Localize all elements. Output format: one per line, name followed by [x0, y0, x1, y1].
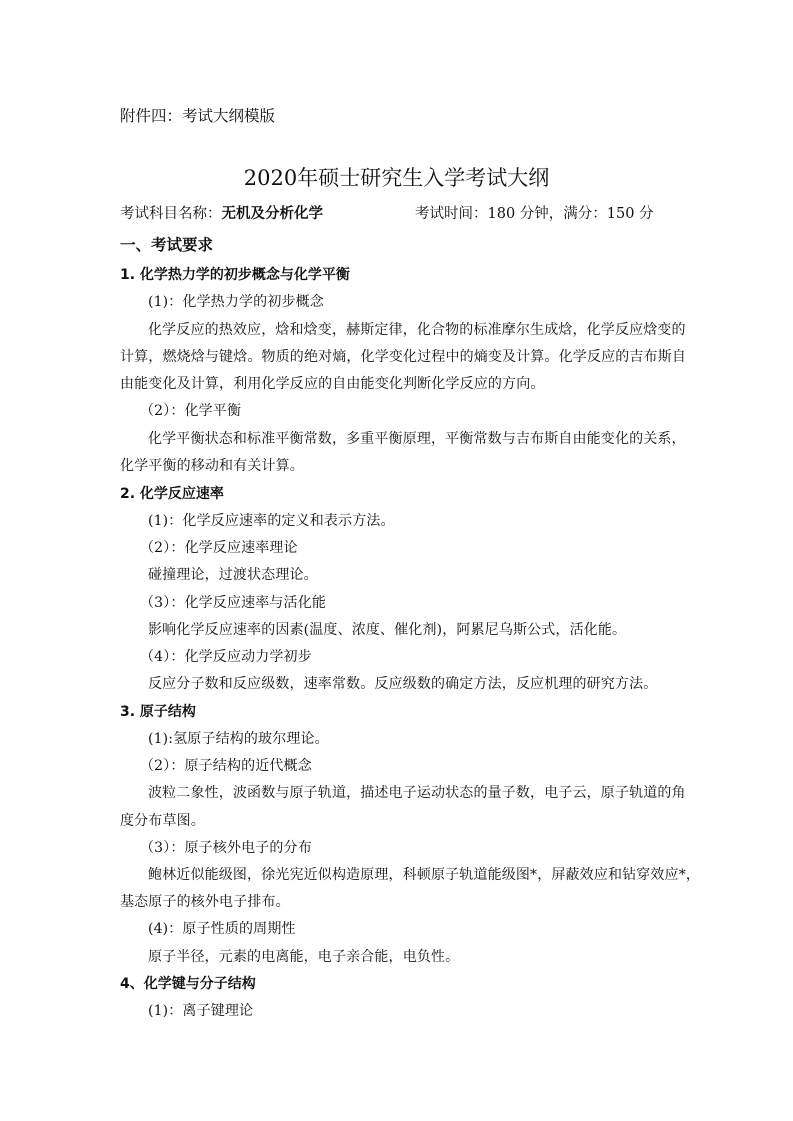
subtopic-1-1: (1)：化学热力学的初步概念 — [148, 293, 324, 311]
topic-heading-4: 4、化学键与分子结构 — [120, 975, 256, 993]
subtopic-3-2: （2）：原子结构的近代概念 — [140, 757, 312, 775]
topic-heading-1: 1. 化学热力学的初步概念与化学平衡 — [120, 266, 350, 284]
paragraph-line: 化学平衡的移动和有关计算。 — [120, 457, 304, 475]
subject-label: 考试科目名称： — [120, 206, 222, 222]
paragraph-line: 影响化学反应速率的因素(温度、浓度、催化剂)，阿累尼乌斯公式，活化能。 — [148, 621, 626, 639]
subject-value: 无机及分析化学 — [222, 206, 324, 222]
paragraph-line: 化学反应的热效应，焓和焓变，赫斯定律，化合物的标准摩尔生成焓，化学反应焓变的 — [148, 321, 686, 339]
subtopic-2-2: （2）：化学反应速率理论 — [140, 539, 298, 557]
topic-heading-2: 2. 化学反应速率 — [120, 485, 224, 503]
exam-time-score: 考试时间：180 分钟，满分：150 分 — [415, 205, 654, 223]
paragraph-line: 基态原子的核外电子排布。 — [120, 893, 290, 911]
attachment-label: 附件四：考试大纲模版 — [120, 107, 275, 125]
document-page: 附件四：考试大纲模版 2020年硕士研究生入学考试大纲 考试科目名称：无机及分析… — [0, 0, 793, 1121]
topic-heading-3: 3. 原子结构 — [120, 703, 196, 721]
subtopic-3-3: （3）：原子核外电子的分布 — [140, 839, 312, 857]
section-heading-requirements: 一、考试要求 — [120, 236, 213, 254]
paragraph-line: 由能变化及计算，利用化学反应的自由能变化判断化学反应的方向。 — [120, 375, 545, 393]
subtopic-2-3: （3）：化学反应速率与活化能 — [140, 594, 326, 612]
subtopic-4-1: (1)：离子键理论 — [148, 1002, 253, 1020]
document-title: 2020年硕士研究生入学考试大纲 — [0, 165, 793, 191]
paragraph-line: 度分布草图。 — [120, 812, 205, 830]
paragraph-line: 碰撞理论，过渡状态理论。 — [148, 566, 318, 584]
subtopic-3-1: (1):氢原子结构的玻尔理论。 — [148, 730, 329, 748]
subtopic-2-1: (1)：化学反应速率的定义和表示方法。 — [148, 512, 395, 530]
subtopic-1-2: （2）：化学平衡 — [140, 402, 241, 420]
paragraph-line: 化学平衡状态和标准平衡常数，多重平衡原理，平衡常数与吉布斯自由能变化的关系， — [148, 430, 686, 448]
paragraph-line: 波粒二象性，波函数与原子轨道，描述电子运动状态的量子数，电子云，原子轨道的角 — [148, 784, 686, 802]
subtopic-3-4: (4)：原子性质的周期性 — [148, 920, 296, 938]
paragraph-line: 鲍林近似能级图，徐光宪近似构造原理，科顿原子轨道能级图*，屏蔽效应和钻穿效应*， — [148, 866, 700, 884]
paragraph-line: 原子半径，元素的电离能，电子亲合能，电负性。 — [148, 948, 459, 966]
subtopic-2-4: （4）：化学反应动力学初步 — [140, 648, 312, 666]
paragraph-line: 计算，燃烧焓与键焓。物质的绝对熵，化学变化过程中的熵变及计算。化学反应的吉布斯自 — [120, 348, 686, 366]
paragraph-line: 反应分子数和反应级数，速率常数。反应级数的确定方法，反应机理的研究方法。 — [148, 675, 657, 693]
exam-subject: 考试科目名称：无机及分析化学 — [120, 205, 323, 223]
